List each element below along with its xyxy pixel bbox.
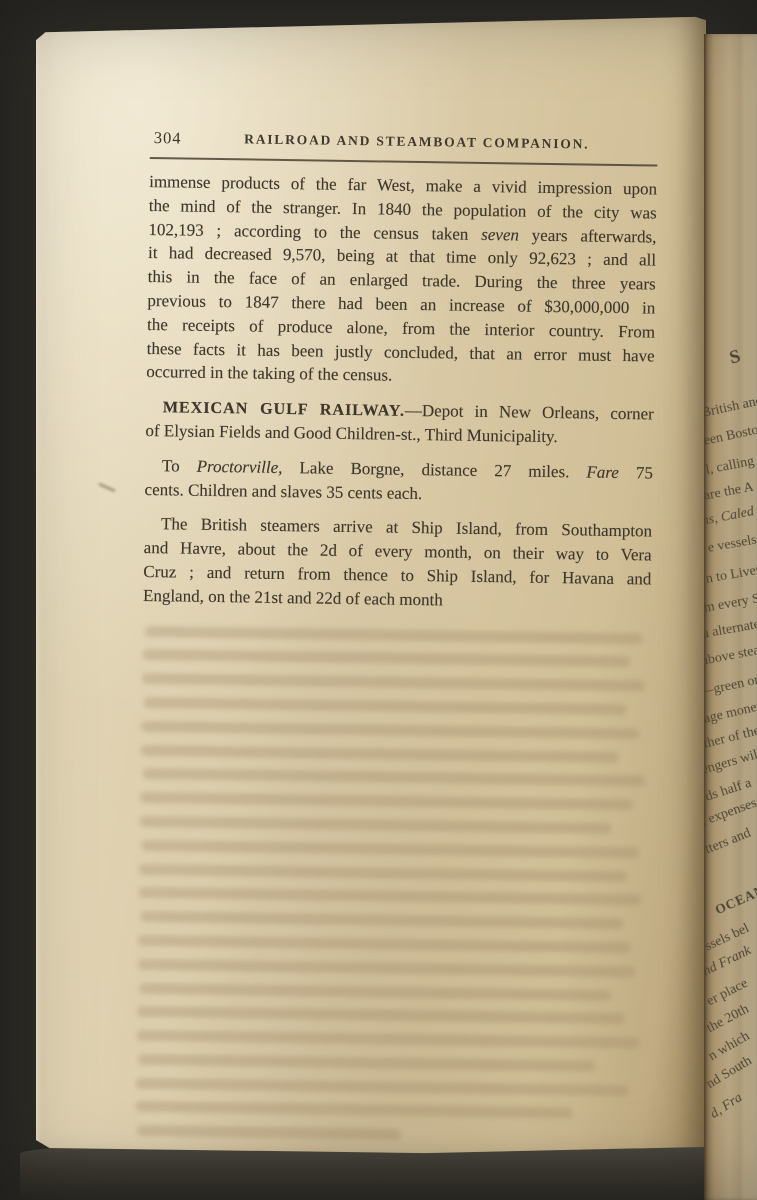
facing-page-text-fragment: tters and — [704, 826, 753, 859]
ghost-text-line — [135, 1101, 572, 1118]
text-segment: Fare — [586, 462, 619, 481]
book-page: 304 RAILROAD AND STEAMBOAT COMPANION. im… — [36, 14, 706, 1156]
facing-page-text-fragment: S — [727, 346, 743, 370]
ghost-text-line — [140, 792, 633, 810]
ghost-text-line — [140, 911, 623, 929]
ghost-text-line — [143, 697, 626, 715]
facing-page-text-fragment: e vessels — [707, 533, 757, 557]
facing-page-text-fragment: age money — [704, 698, 757, 727]
page-header: 304 RAILROAD AND STEAMBOAT COMPANION. — [150, 126, 658, 158]
facing-page-edge: SBritish andeen Bostol, callingare the A… — [704, 34, 757, 1200]
text-segment: Proctorville — [197, 456, 279, 476]
text-segment: years afterwards, — [519, 225, 657, 246]
text-segment: England, on the 21st and 22d of each mon… — [143, 586, 443, 609]
header-rule — [150, 157, 658, 167]
text-segment: of Elysian Fields and Good Children-st.,… — [145, 421, 557, 446]
show-through-ghost-text — [135, 625, 651, 1143]
faint-pencil-mark — [98, 482, 116, 492]
ghost-text-line — [136, 1078, 629, 1096]
ghost-text-line — [137, 1125, 401, 1140]
ghost-text-line — [142, 673, 645, 691]
facing-page-text-fragment: n to Liver — [705, 563, 757, 588]
text-segment: 102,193 ; according to the census taken — [148, 220, 481, 244]
facing-page-text-fragment: British and — [704, 393, 757, 422]
facing-page-text-fragment: l, calling — [704, 454, 755, 479]
text-segment: —Depot in New Orleans, corner — [405, 401, 654, 424]
facing-page-text-fragment: OCEAN — [713, 882, 757, 918]
ghost-text-line — [137, 959, 635, 977]
ghost-text-line — [144, 626, 642, 644]
ghost-text-line — [137, 1006, 625, 1024]
body-text: immense products of the far West, make a… — [143, 170, 657, 615]
facing-page-text-fragment: are the A — [704, 480, 755, 505]
ghost-text-line — [142, 768, 645, 786]
page-number: 304 — [154, 126, 182, 150]
text-segment: 75 — [619, 463, 653, 483]
facing-page-text-fragment: ns, Caled — [704, 504, 755, 530]
ghost-text-line — [139, 982, 612, 1000]
facing-page-text-fragment: u alternate — [704, 617, 757, 643]
ghost-text-line — [139, 863, 627, 881]
scanned-book-photo: { "page": { "number": "304", "running_ti… — [0, 0, 757, 1200]
facing-page-text-fragment: d, Fra — [708, 1090, 746, 1122]
ghost-text-line — [138, 1054, 595, 1072]
ghost-text-line — [136, 1030, 639, 1048]
ghost-text-line — [138, 935, 631, 953]
ghost-text-line — [141, 744, 619, 762]
ghost-text-line — [142, 649, 630, 667]
text-segment: occurred in the taking of the census. — [146, 362, 392, 385]
text-segment: seven — [481, 225, 519, 245]
ghost-text-line — [140, 816, 613, 834]
facing-page-text-fragment: m every S — [704, 591, 757, 617]
section-heading: MEXICAN GULF RAILWAY. — [163, 398, 405, 420]
ghost-text-line — [139, 887, 642, 905]
facing-page-text-fragment: een Bosto — [704, 423, 757, 450]
facing-page-text-fragment: above stea — [704, 643, 757, 670]
ghost-text-line — [141, 840, 639, 858]
running-title: RAILROAD AND STEAMBOAT COMPANION. — [150, 126, 658, 157]
text-segment: cents. Children and slaves 35 cents each… — [144, 480, 422, 503]
printed-text-block: 304 RAILROAD AND STEAMBOAT COMPANION. im… — [135, 126, 658, 1157]
text-segment: , Lake Borgne, distance 27 miles. — [278, 458, 587, 482]
ghost-text-line — [141, 721, 639, 739]
text-segment: To — [162, 456, 197, 476]
facing-page-text-fragment: —green on s — [704, 670, 757, 701]
